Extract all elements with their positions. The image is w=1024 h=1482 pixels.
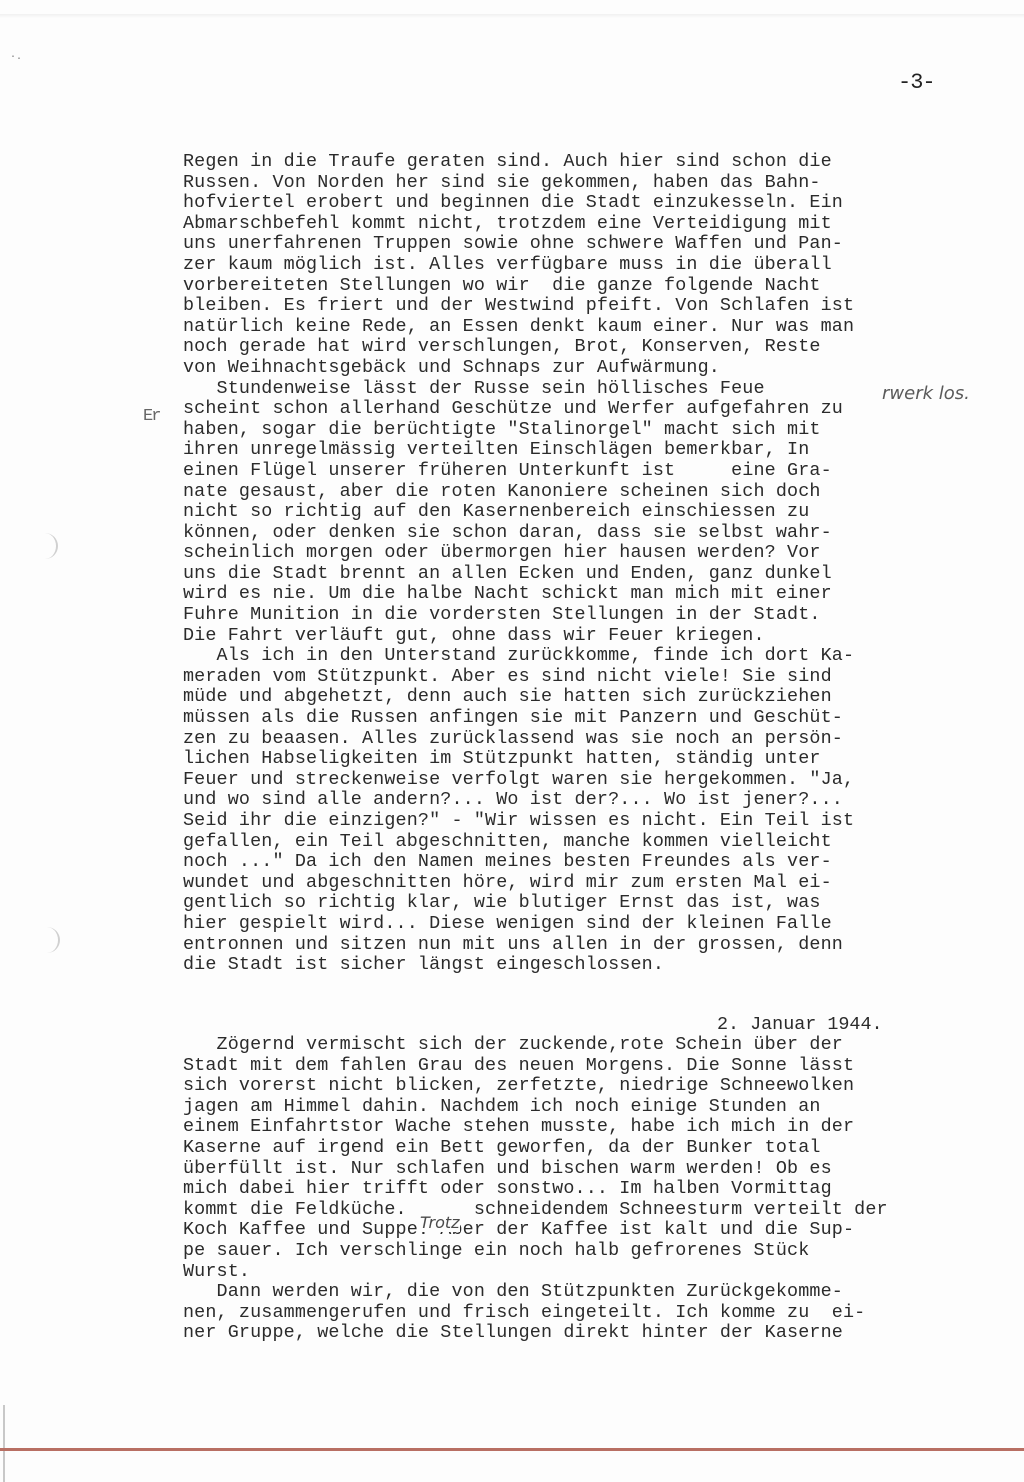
margin-note: Er xyxy=(143,407,159,426)
text-line: Koch Kaffee und Suppe. Aber der Kaffee i… xyxy=(183,1220,888,1241)
text-line: Dann werden wir, die von den Stützpunkte… xyxy=(183,1282,888,1303)
text-line: wundet und abgeschnitten höre, wird mir … xyxy=(183,873,854,894)
text-line: jagen am Himmel dahin. Nachdem ich noch … xyxy=(183,1097,888,1118)
page-number: -3- xyxy=(898,70,935,95)
scan-top-edge xyxy=(0,14,1024,18)
text-line: sich vorerst nicht blicken, zerfetzte, n… xyxy=(183,1076,888,1097)
text-line: Wurst. xyxy=(183,1262,888,1283)
text-line: müssen als die Russen anfingen sie mit P… xyxy=(183,708,854,729)
text-line: entronnen und sitzen nun mit uns allen i… xyxy=(183,935,854,956)
punch-hole-icon xyxy=(32,533,58,559)
text-line: müde und abgehetzt, denn auch sie hatten… xyxy=(183,687,854,708)
scan-speck: ·. xyxy=(10,54,20,62)
text-line: kommt die Feldküche. schneidendem Schnee… xyxy=(183,1200,888,1221)
text-line: Stundenweise lässt der Russe sein höllis… xyxy=(183,379,854,400)
scan-left-edge xyxy=(3,1405,5,1482)
text-line: und wo sind alle andern?... Wo ist der?.… xyxy=(183,790,854,811)
text-line: Russen. Von Norden her sind sie gekommen… xyxy=(183,173,854,194)
text-line: Stadt mit dem fahlen Grau des neuen Morg… xyxy=(183,1056,888,1077)
text-line: pe sauer. Ich verschlinge ein noch halb … xyxy=(183,1241,888,1262)
text-line: natürlich keine Rede, an Essen denkt kau… xyxy=(183,317,854,338)
text-line: scheinlich morgen oder übermorgen hier h… xyxy=(183,543,854,564)
text-line: bleiben. Es friert und der Westwind pfei… xyxy=(183,296,854,317)
text-line: gefallen, ein Teil abgeschnitten, manche… xyxy=(183,832,854,853)
text-line: zen zu beaasen. Alles zurücklassend was … xyxy=(183,729,854,750)
text-line: zer kaum möglich ist. Alles verfügbare m… xyxy=(183,255,854,276)
date-heading: 2. Januar 1944. xyxy=(717,1015,883,1036)
text-line: wird es nie. Um die halbe Nacht schickt … xyxy=(183,584,854,605)
document-page: ·. -3- Er Regen in die Traufe geraten si… xyxy=(0,0,1024,1482)
text-line: einen Flügel unserer früheren Unterkunft… xyxy=(183,461,854,482)
text-line: die Stadt ist sicher längst eingeschloss… xyxy=(183,955,854,976)
text-line: Kaserne auf irgend ein Bett geworfen, da… xyxy=(183,1138,888,1159)
text-line: können, oder denken sie schon daran, das… xyxy=(183,523,854,544)
text-line: Regen in die Traufe geraten sind. Auch h… xyxy=(183,152,854,173)
bottom-rule xyxy=(0,1448,1024,1451)
body-text-section-2: Zögernd vermischt sich der zuckende,rote… xyxy=(183,1035,888,1344)
text-line: Die Fahrt verläuft gut, ohne dass wir Fe… xyxy=(183,626,854,647)
text-line: ner Gruppe, welche die Stellungen direkt… xyxy=(183,1323,888,1344)
text-line: Zögernd vermischt sich der zuckende,rote… xyxy=(183,1035,888,1056)
text-line: einem Einfahrtstor Wache stehen musste, … xyxy=(183,1117,888,1138)
text-line: scheint schon allerhand Geschütze und We… xyxy=(183,399,854,420)
punch-hole-icon xyxy=(34,927,60,953)
text-line: ihren unregelmässig verteilten Einschläg… xyxy=(183,440,854,461)
text-line: nen, zusammengerufen und frisch eingetei… xyxy=(183,1303,888,1324)
text-line: von Weihnachtsgebäck und Schnaps zur Auf… xyxy=(183,358,854,379)
text-line: uns unerfahrenen Truppen sowie ohne schw… xyxy=(183,234,854,255)
text-line: hier gespielt wird... Diese wenigen sind… xyxy=(183,914,854,935)
text-line: Fuhre Munition in die vordersten Stellun… xyxy=(183,605,854,626)
text-line: Feuer und streckenweise verfolgt waren s… xyxy=(183,770,854,791)
text-line: hofviertel erobert und beginnen die Stad… xyxy=(183,193,854,214)
text-line: haben, sogar die berüchtigte "Stalinorge… xyxy=(183,420,854,441)
text-line: überfüllt ist. Nur schlafen und bischen … xyxy=(183,1159,888,1180)
body-text-section-1: Regen in die Traufe geraten sind. Auch h… xyxy=(183,152,854,976)
handwritten-correction-feuerwerk: rwerk los. xyxy=(880,383,970,404)
text-line: lichen Habseligkeiten im Stützpunkt hatt… xyxy=(183,749,854,770)
text-line: noch gerade hat wird verschlungen, Brot,… xyxy=(183,337,854,358)
handwritten-correction-trotz: Trotz xyxy=(420,1213,460,1232)
text-line: uns die Stadt brennt an allen Ecken und … xyxy=(183,564,854,585)
text-line: Als ich in den Unterstand zurückkomme, f… xyxy=(183,646,854,667)
text-line: noch ..." Da ich den Namen meines besten… xyxy=(183,852,854,873)
text-line: meraden vom Stützpunkt. Aber es sind nic… xyxy=(183,667,854,688)
text-line: Abmarschbefehl kommt nicht, trotzdem ein… xyxy=(183,214,854,235)
text-line: nate gesaust, aber die roten Kanoniere s… xyxy=(183,482,854,503)
text-line: nicht so richtig auf den Kasernenbereich… xyxy=(183,502,854,523)
text-line: mich dabei hier trifft oder sonstwo... I… xyxy=(183,1179,888,1200)
text-line: vorbereiteten Stellungen wo wir die ganz… xyxy=(183,276,854,297)
text-line: gentlich so richtig klar, wie blutiger E… xyxy=(183,893,854,914)
text-line: Seid ihr die einzigen?" - "Wir wissen es… xyxy=(183,811,854,832)
